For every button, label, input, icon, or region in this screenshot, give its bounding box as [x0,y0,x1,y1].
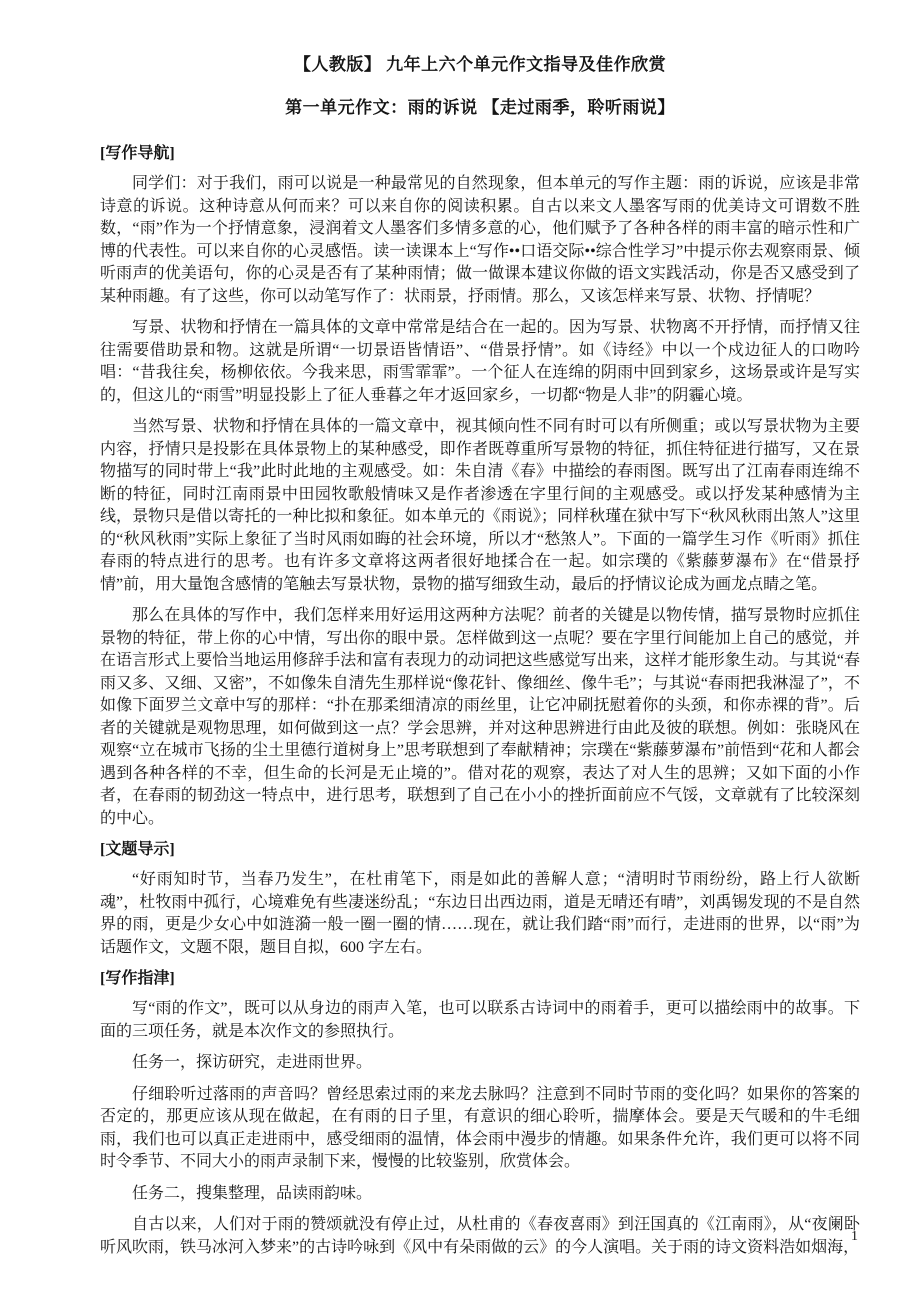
task-one-line: 任务一，探访研究，走进雨世界。 [100,1052,860,1075]
page-number: 1 [851,1228,858,1246]
paragraph: 自古以来，人们对于雨的赞颂就没有停止过，从杜甫的《春夜喜雨》到汪国真的《江南雨》… [100,1214,860,1259]
paragraph: 仔细聆听过落雨的声音吗？曾经思索过雨的来龙去脉吗？注意到不同时节雨的变化吗？如果… [100,1084,860,1174]
paragraph: 写“雨的作文”，既可以从身边的雨声入笔，也可以联系古诗词中的雨着手，更可以描绘雨… [100,998,860,1043]
paragraph: 写景、状物和抒情在一篇具体的文章中常常是结合在一起的。因为写景、状物离不开抒情，… [100,317,860,407]
section-writing-tips: [写作指津] 写“雨的作文”，既可以从身边的雨声入笔，也可以联系古诗词中的雨着手… [100,968,860,1259]
unit-subtitle: 第一单元作文：雨的诉说 【走过雨季，聆听雨说】 [100,97,860,119]
paragraph: “好雨知时节，当春乃发生”，在杜甫笔下，雨是如此的善解人意；“清明时节雨纷纷，路… [100,869,860,959]
section-header-writing-navigation: [写作导航] [100,143,860,164]
section-header-writing-tips: [写作指津] [100,968,860,989]
paragraph: 当然写景、状物和抒情在具体的一篇文章中，视其倾向性不同有时可以有所侧重；或以写景… [100,416,860,596]
section-writing-navigation: [写作导航] 同学们：对于我们，雨可以说是一种最常见的自然现象，但本单元的写作主… [100,143,860,830]
paragraph: 那么在具体的写作中，我们怎样来用好运用这两种方法呢？前者的关键是以物传情，描写景… [100,605,860,830]
document-page: 【人教版】 九年上六个单元作文指导及佳作欣赏 第一单元作文：雨的诉说 【走过雨季… [0,0,920,1302]
paragraph: 同学们：对于我们，雨可以说是一种最常见的自然现象，但本单元的写作主题：雨的诉说，… [100,173,860,308]
document-content: 【人教版】 九年上六个单元作文指导及佳作欣赏 第一单元作文：雨的诉说 【走过雨季… [100,54,860,1268]
section-header-topic-guide: [文题导示] [100,839,860,860]
task-two-line: 任务二，搜集整理，品读雨韵味。 [100,1183,860,1206]
section-topic-guide: [文题导示] “好雨知时节，当春乃发生”，在杜甫笔下，雨是如此的善解人意；“清明… [100,839,860,959]
document-title: 【人教版】 九年上六个单元作文指导及佳作欣赏 [100,54,860,76]
